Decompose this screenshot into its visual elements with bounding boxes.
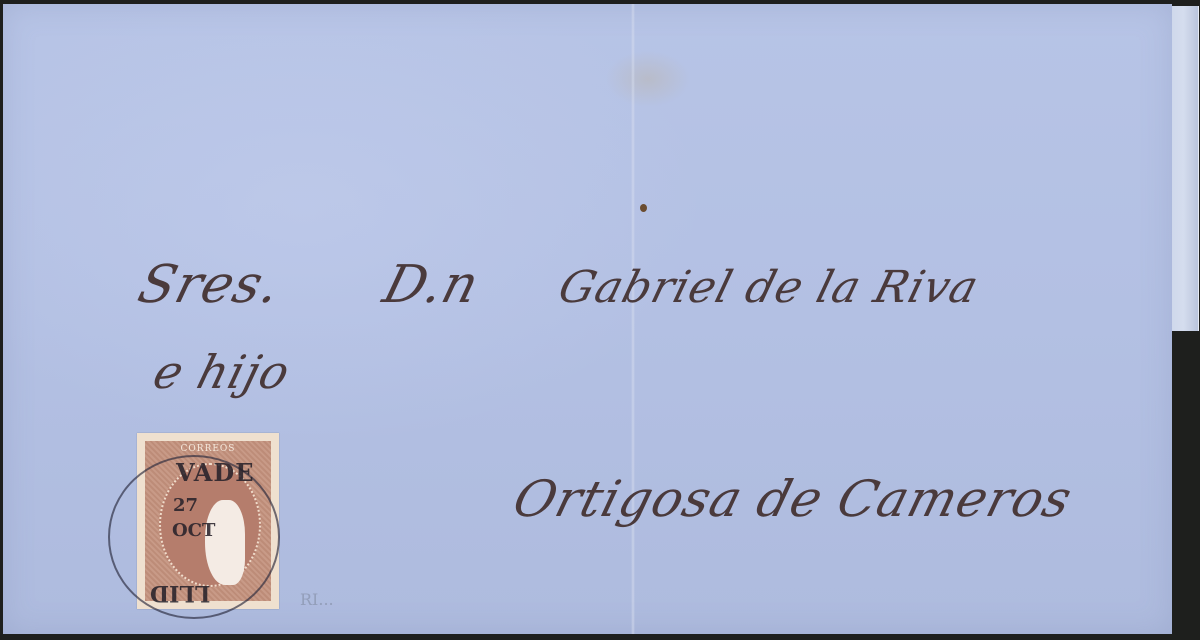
address-salutation: Sres. (132, 255, 288, 315)
ink-spot (640, 204, 647, 212)
address-destination: Ortigosa de Cameros (507, 470, 1078, 528)
stamp-top-label: CORREOS (145, 441, 271, 457)
address-title: D.n (377, 255, 486, 315)
pencil-annotation: RI... (300, 590, 334, 609)
postmark-day: 27 (173, 495, 198, 516)
address-line-2: e hijo (148, 345, 297, 399)
postmark-bottom-text: LLID (150, 580, 210, 606)
address-recipient-name: Gabriel de la Riva (553, 262, 984, 313)
center-fold-crease (631, 4, 635, 634)
postmark-month: OCT (172, 520, 215, 541)
postmark-town: VADE (176, 458, 254, 487)
